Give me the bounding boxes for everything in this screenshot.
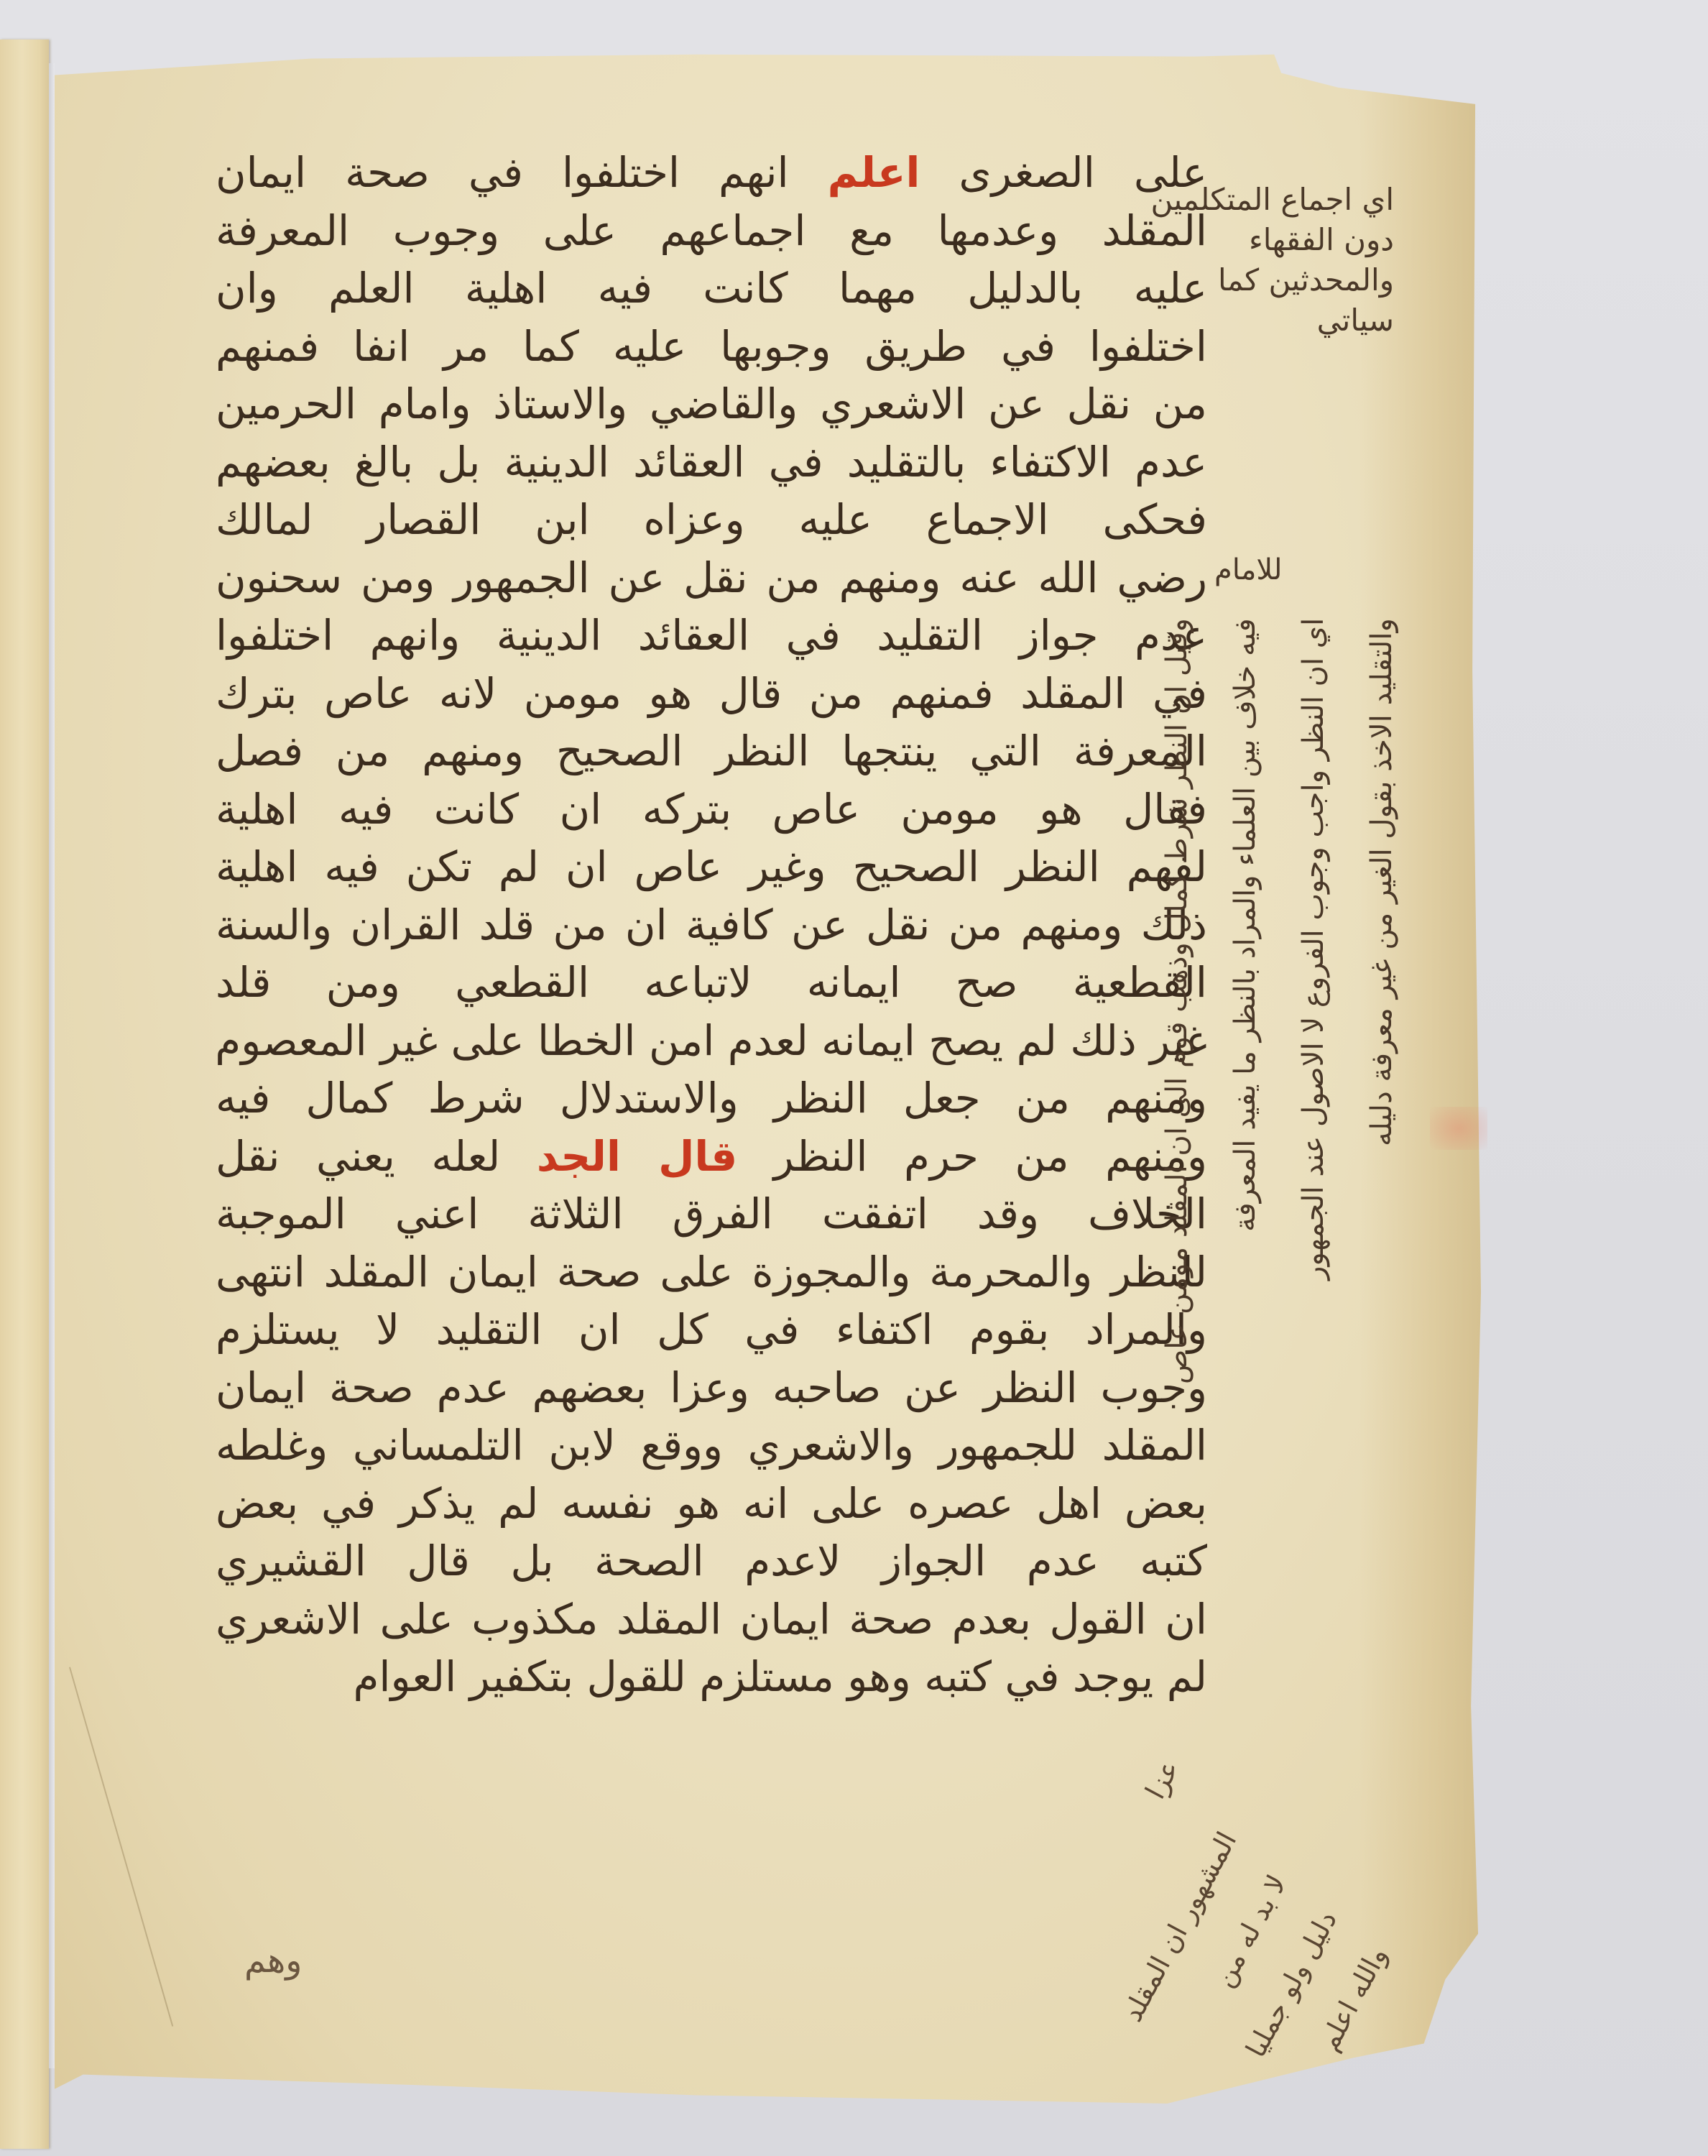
text-segment: رضي الله عنه ومنهم من نقل عن الجمهور ومن…: [216, 553, 1207, 602]
text-line: لفهم النظر الصحيح وغير عاص ان لم تكن فيه…: [216, 838, 1207, 896]
text-segment: عليه بالدليل مهما كانت فيه اهلية العلم و…: [216, 264, 1207, 313]
text-line: رضي الله عنه ومنهم من نقل عن الجمهور ومن…: [216, 549, 1207, 607]
text-line: ذلك ومنهم من نقل عن كافية ان من قلد القر…: [216, 896, 1207, 954]
text-line: ومنهم من جعل النظر والاستدلال شرط كمال ف…: [216, 1069, 1207, 1128]
gloss-line: سياتي: [1164, 300, 1394, 341]
text-segment: لم يوجد في كتبه وهو مستلزم للقول بتكفير …: [353, 1652, 1207, 1701]
text-line: المعرفة التي ينتجها النظر الصحيح ومنهم م…: [216, 722, 1207, 780]
text-segment: ومنهم من جعل النظر والاستدلال شرط كمال ف…: [216, 1074, 1207, 1123]
text-line: الخلاف وقد اتفقت الفرق الثلاثة اعني المو…: [216, 1185, 1207, 1243]
rubric-word: قال الجد: [537, 1132, 737, 1181]
text-segment: القطعية صح ايمانه لاتباعه القطعي ومن قلد: [216, 958, 1207, 1007]
text-line: فقال هو مومن عاص بتركه ان كانت فيه اهلية: [216, 780, 1207, 839]
text-segment: من نقل عن الاشعري والقاضي والاستاذ وامام…: [216, 379, 1207, 428]
text-line: لم يوجد في كتبه وهو مستلزم للقول بتكفير …: [216, 1648, 1207, 1706]
text-line: على الصغرى اعلم انهم اختلفوا في صحة ايما…: [216, 144, 1207, 202]
paper-crease: [69, 1667, 173, 2026]
text-segment: المعرفة التي ينتجها النظر الصحيح ومنهم م…: [216, 727, 1207, 775]
facing-leaf-edge: [0, 40, 49, 2149]
text-line: كتبه عدم الجواز لاعدم الصحة بل قال القشي…: [216, 1532, 1207, 1590]
text-line: والمراد بقوم اكتفاء في كل ان التقليد لا …: [216, 1301, 1207, 1359]
text-segment: ذلك ومنهم من نقل عن كافية ان من قلد القر…: [216, 900, 1207, 949]
text-segment: في المقلد فمنهم من قال هو مومن لانه عاص …: [216, 669, 1207, 718]
text-line: القطعية صح ايمانه لاتباعه القطعي ومن قلد: [216, 954, 1207, 1012]
gloss-line: والله اعلم: [1313, 1942, 1393, 2056]
text-segment: الخلاف وقد اتفقت الفرق الثلاثة اعني المو…: [216, 1189, 1207, 1238]
gloss-line: والمحدثين كما: [1164, 260, 1394, 300]
gloss-column: والتقليد الاخذ بقول الغير من غير معرفة د…: [1362, 618, 1402, 1948]
text-line: عليه بالدليل مهما كانت فيه اهلية العلم و…: [216, 259, 1207, 318]
rubric-word: اعلم: [828, 148, 920, 197]
text-segment: كتبه عدم الجواز لاعدم الصحة بل قال القشي…: [216, 1537, 1207, 1585]
text-line: عدم جواز التقليد في العقائد الدينية وانه…: [216, 607, 1207, 665]
gloss-line: المشهور ان المقلد: [1116, 1827, 1242, 2027]
binding-gutter: [49, 63, 55, 2068]
text-line: في المقلد فمنهم من قال هو مومن لانه عاص …: [216, 665, 1207, 723]
text-line: بعض اهل عصره على انه هو نفسه لم يذكر في …: [216, 1475, 1207, 1533]
text-line: فحكى الاجماع عليه وعزاه ابن القصار لمالك: [216, 491, 1207, 549]
text-segment: فحكى الاجماع عليه وعزاه ابن القصار لمالك: [216, 495, 1207, 544]
catchword: وهم: [244, 1940, 302, 1981]
text-segment: اختلفوا في طريق وجوبها عليه كما مر انفا …: [216, 322, 1207, 371]
gloss-column: اي ان النظر واجب وجوب الفروع لا الاصول ع…: [1293, 618, 1334, 1912]
text-segment: انهم اختلفوا في صحة ايمان: [216, 148, 828, 197]
text-line: ان القول بعدم صحة ايمان المقلد مكذوب على…: [216, 1590, 1207, 1649]
text-segment: لعله يعني نقل: [216, 1132, 537, 1181]
text-line: وجوب النظر عن صاحبه وعزا بعضهم عدم صحة ا…: [216, 1359, 1207, 1417]
gloss-line: عزا: [1139, 1755, 1185, 1805]
text-segment: وجوب النظر عن صاحبه وعزا بعضهم عدم صحة ا…: [216, 1363, 1207, 1412]
text-segment: ومنهم من حرم النظر: [737, 1132, 1207, 1181]
text-segment: غير ذلك لم يصح ايمانه لعدم امن الخطا على…: [216, 1016, 1207, 1065]
text-segment: للنظر والمحرمة والمجوزة على صحة ايمان ال…: [216, 1248, 1207, 1296]
text-segment: عدم الاكتفاء بالتقليد في العقائد الدينية…: [216, 438, 1207, 487]
margin-gloss-bottom: عزا المشهور ان المقلد لا بد له من دليل و…: [1135, 1761, 1444, 2106]
text-line: عدم الاكتفاء بالتقليد في العقائد الدينية…: [216, 433, 1207, 492]
main-text-block: على الصغرى اعلم انهم اختلفوا في صحة ايما…: [216, 144, 1207, 1706]
text-segment: لفهم النظر الصحيح وغير عاص ان لم تكن فيه…: [216, 842, 1207, 891]
text-segment: فقال هو مومن عاص بتركه ان كانت فيه اهلية: [216, 785, 1207, 834]
text-line: المقلد للجمهور والاشعري ووقع لابن التلمس…: [216, 1416, 1207, 1475]
text-segment: المقلد للجمهور والاشعري ووقع لابن التلمس…: [216, 1421, 1207, 1470]
text-segment: بعض اهل عصره على انه هو نفسه لم يذكر في …: [216, 1479, 1207, 1528]
gloss-column: فيه خلاف بين العلماء والمراد بالنظر ما ي…: [1225, 618, 1265, 1840]
text-segment: المقلد وعدمها مع اجماعهم على وجوب المعرف…: [216, 206, 1207, 255]
margin-gloss-top: اي اجماع المتكلمين دون الفقهاء والمحدثين…: [1164, 180, 1394, 341]
gloss-line: دون الفقهاء: [1164, 220, 1394, 260]
text-line: غير ذلك لم يصح ايمانه لعدم امن الخطا على…: [216, 1012, 1207, 1070]
text-line: من نقل عن الاشعري والقاضي والاستاذ وامام…: [216, 375, 1207, 433]
gloss-line: اي اجماع المتكلمين: [1164, 180, 1394, 220]
margin-label: للامام: [1214, 553, 1282, 586]
text-segment: ان القول بعدم صحة ايمان المقلد مكذوب على…: [216, 1595, 1207, 1644]
text-line: للنظر والمحرمة والمجوزة على صحة ايمان ال…: [216, 1243, 1207, 1302]
text-line: المقلد وعدمها مع اجماعهم على وجوب المعرف…: [216, 202, 1207, 260]
gloss-column: وقيل ان النظر شرط كمال وذهب قوم الى ان ا…: [1157, 618, 1197, 1696]
text-segment: عدم جواز التقليد في العقائد الدينية وانه…: [216, 611, 1207, 660]
text-line: اختلفوا في طريق وجوبها عليه كما مر انفا …: [216, 318, 1207, 376]
text-line: ومنهم من حرم النظر قال الجد لعله يعني نق…: [216, 1128, 1207, 1186]
text-segment: والمراد بقوم اكتفاء في كل ان التقليد لا …: [216, 1305, 1207, 1354]
